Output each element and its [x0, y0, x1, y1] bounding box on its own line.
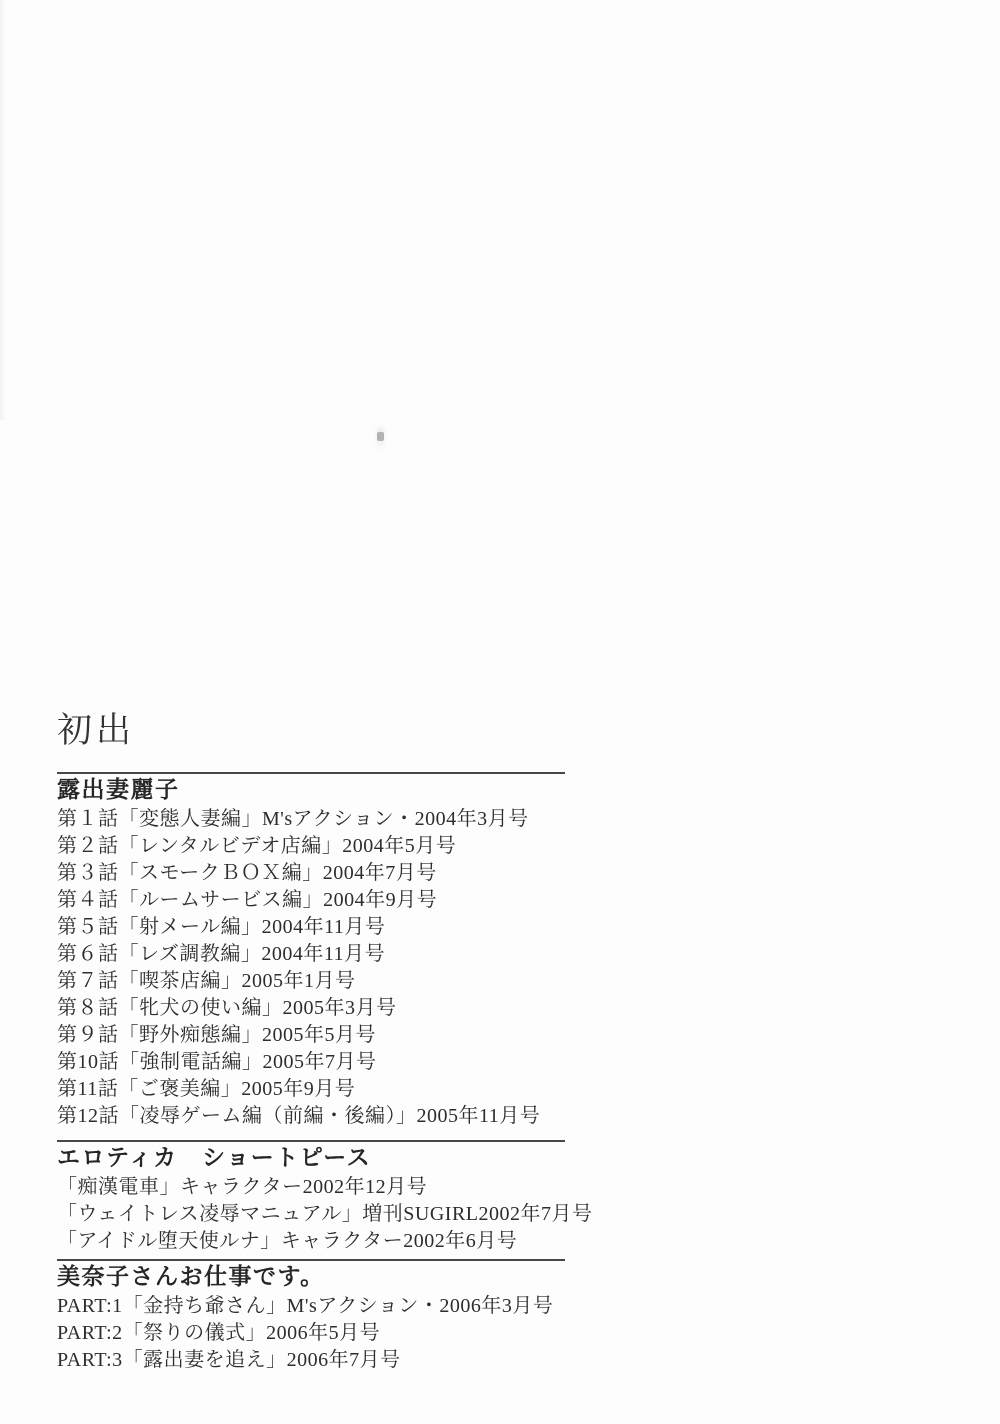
publication-entry: 「痴漢電車」キャラクター2002年12月号 — [57, 1174, 569, 1201]
section-heading: エロティカ ショートピース — [57, 1144, 569, 1172]
page-title: 初出 — [57, 708, 569, 754]
section-minako-san: 美奈子さんお仕事です。 PART:1「金持ち爺さん」M'sアクション・2006年… — [57, 1263, 569, 1374]
publication-entry: PART:3「露出妻を追え」2006年7月号 — [57, 1347, 569, 1374]
section-heading: 美奈子さんお仕事です。 — [57, 1263, 569, 1291]
publication-entry: 「ウェイトレス凌辱マニュアル」増刊SUGIRL2002年7月号 — [57, 1201, 569, 1228]
publication-entry: PART:1「金持ち爺さん」M'sアクション・2006年3月号 — [57, 1293, 569, 1320]
publication-entry: 第９話「野外痴態編」2005年5月号 — [57, 1022, 569, 1049]
section-erotica-short-pieces: エロティカ ショートピース 「痴漢電車」キャラクター2002年12月号 「ウェイ… — [57, 1144, 569, 1255]
publication-entry: PART:2「祭りの儀式」2006年5月号 — [57, 1320, 569, 1347]
publication-entry: 第12話「凌辱ゲーム編（前編・後編）」2005年11月号 — [57, 1103, 569, 1130]
publication-entry: 第６話「レズ調教編」2004年11月号 — [57, 941, 569, 968]
publication-entry: 第10話「強制電話編」2005年7月号 — [57, 1049, 569, 1076]
publication-entry: 第１話「変態人妻編」M'sアクション・2004年3月号 — [57, 806, 569, 833]
section-heading: 露出妻麗子 — [57, 776, 569, 804]
publication-entry: 第７話「喫茶店編」2005年1月号 — [57, 968, 569, 995]
scan-speck — [377, 432, 384, 441]
publication-entry: 第３話「スモークＢＯＸ編」2004年7月号 — [57, 860, 569, 887]
section-divider — [57, 1259, 565, 1261]
section-divider — [57, 1140, 565, 1142]
publication-entry: 「アイドル堕天使ルナ」キャラクター2002年6月号 — [57, 1228, 569, 1255]
scanned-book-page: 初出 露出妻麗子 第１話「変態人妻編」M'sアクション・2004年3月号 第２話… — [0, 0, 1000, 1424]
publication-entry: 第４話「ルームサービス編」2004年9月号 — [57, 887, 569, 914]
publication-entry: 第11話「ご褒美編」2005年9月号 — [57, 1076, 569, 1103]
section-roshutsuzuma-reiko: 露出妻麗子 第１話「変態人妻編」M'sアクション・2004年3月号 第２話「レン… — [57, 776, 569, 1130]
colophon-content: 初出 露出妻麗子 第１話「変態人妻編」M'sアクション・2004年3月号 第２話… — [57, 708, 569, 1374]
publication-entry: 第８話「牝犬の使い編」2005年3月号 — [57, 995, 569, 1022]
section-divider — [57, 772, 565, 774]
publication-entry: 第５話「射メール編」2004年11月号 — [57, 914, 569, 941]
publication-entry: 第２話「レンタルビデオ店編」2004年5月号 — [57, 833, 569, 860]
